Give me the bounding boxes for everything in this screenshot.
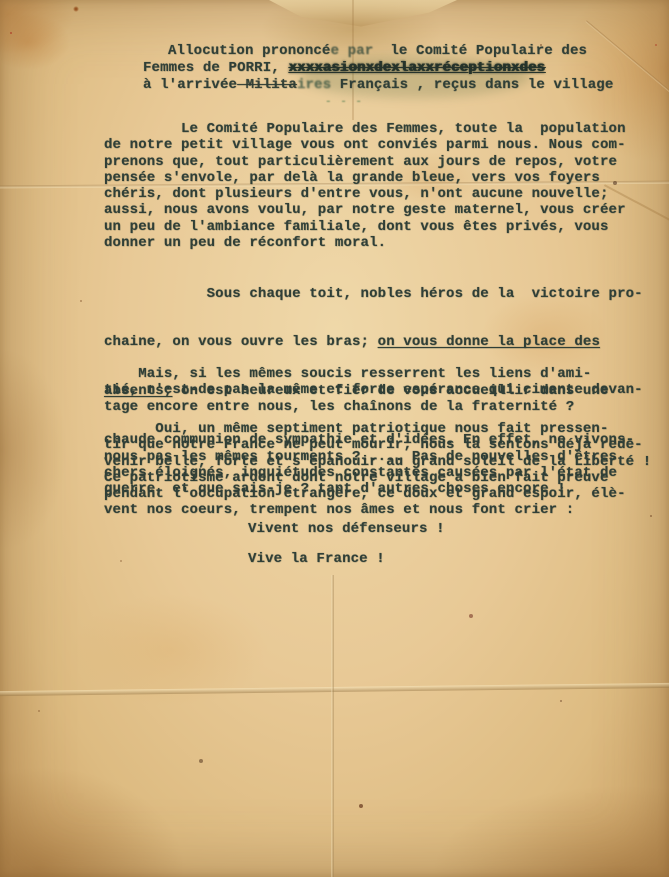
title-line-1: Allocution prononcée par le Comité Popul… <box>168 43 587 59</box>
title-line-3: à l'arrivée Militaires Français , reçus … <box>143 77 613 93</box>
closing-line-1: Vivent nos défenseurs ! <box>248 521 445 537</box>
paragraph-2-line-1: Sous chaque toit, nobles héros de la vic… <box>104 286 643 302</box>
torn-top-edge <box>265 0 465 28</box>
fold-crease-vertical <box>331 575 334 877</box>
title-line-3-text-end: Français , reçus dans le village <box>331 77 613 93</box>
underlined-phrase-start: on vous donne la place des <box>378 334 600 350</box>
obliterated-text: xxxxasionxdexlaxxréceptionxdes <box>288 60 545 76</box>
scanned-document-page: Allocution prononcée par le Comité Popul… <box>0 0 669 877</box>
paragraph-2-line-2: chaine, on vous ouvre les bras; on vous … <box>104 334 643 350</box>
paragraph-1: Le Comité Populaire des Femmes, toute la… <box>104 121 626 251</box>
smudged-word: ires <box>297 77 331 93</box>
title-line-1-text-end: le Comité Populaire des <box>390 43 587 59</box>
title-line-2-text: Femmes de PORRI, <box>143 60 288 76</box>
struck-word: Milita <box>237 77 297 93</box>
title-line-1-faded-text: e par <box>330 43 390 59</box>
title-line-2: Femmes de PORRI, xxxxasionxdexlaxxrécept… <box>143 60 545 76</box>
fold-crease-lower <box>0 683 669 696</box>
paper-specks <box>10 32 12 34</box>
paragraph-3: Mais, si les mêmes soucis resserrent les… <box>104 366 643 415</box>
paragraph-2-line-2-text: chaine, on vous ouvre les bras; <box>104 334 378 350</box>
closing-line-2: Vive la France ! <box>248 551 385 567</box>
title-line-1-text: Allocution prononcé <box>168 43 330 59</box>
paragraph-4: Oui, un même septiment patriotique nous … <box>104 421 651 519</box>
dash-mark: - - - <box>325 96 363 108</box>
title-line-3-text: à l'arrivée <box>143 77 237 93</box>
